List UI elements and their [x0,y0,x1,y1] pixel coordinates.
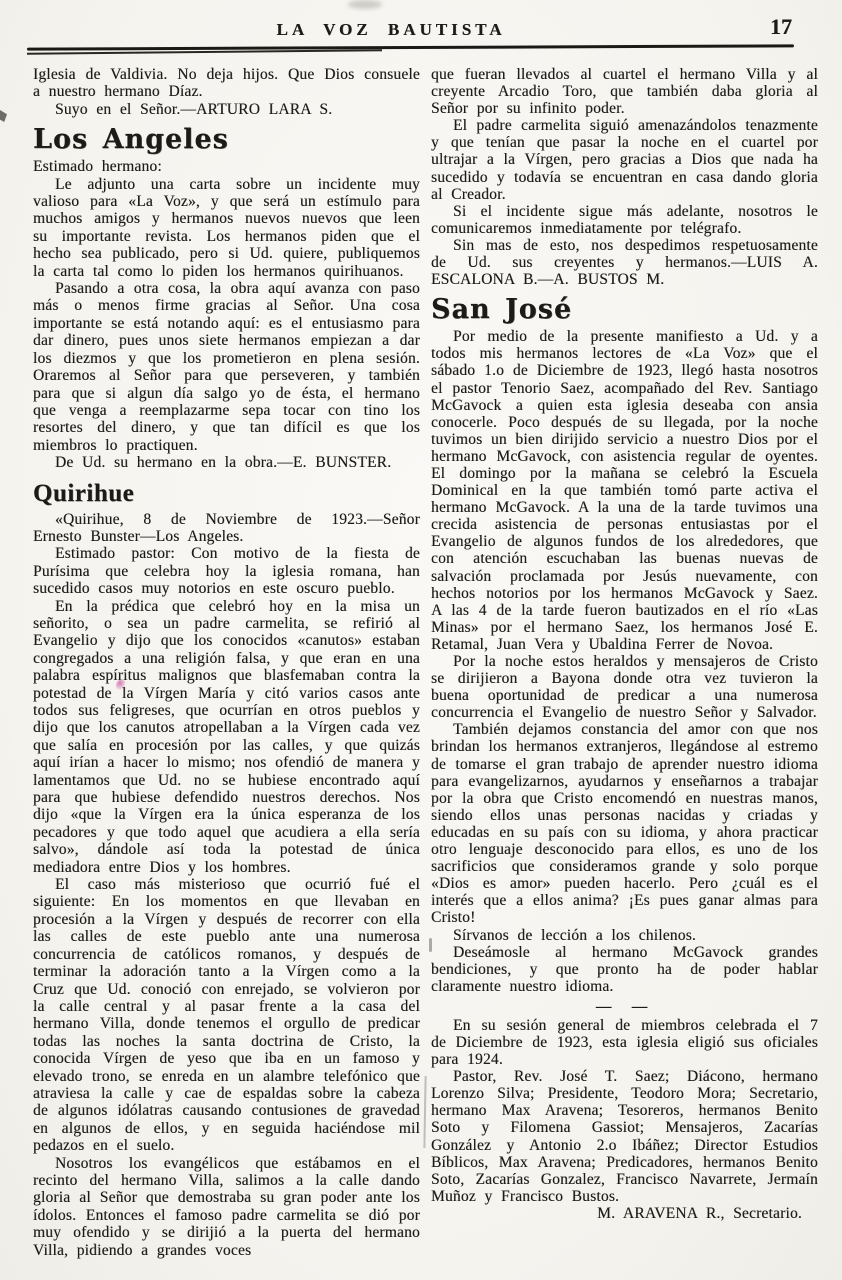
paragraph: En su sesión general de miembros celebra… [431,1017,818,1068]
paragraph: que fueran llevados al cuartel el herman… [431,66,818,117]
section-heading: Los Angeles [33,125,420,155]
scan-edge-mark [0,110,7,122]
right-column: que fueran llevados al cuartel el herman… [431,66,818,1280]
paragraph: Nosotros los evangélicos que estábamos e… [33,1155,420,1259]
paragraph: Si el incidente sigue más adelante, noso… [431,203,818,237]
left-column: Iglesia de Valdivia. No deja hijos. Que … [33,66,420,1280]
paragraph: Iglesia de Valdivia. No deja hijos. Que … [33,66,420,101]
paragraph: También dejamos constancia del amor con … [431,721,818,926]
paragraph: «Quirihue, 8 de Noviembre de 1923.—Señor… [33,511,420,546]
paragraph: Estimado hermano: [33,158,420,175]
signature-line: M. ARAVENA R., Secretario. [431,1205,818,1222]
paragraph: Por la noche estos heraldos y mensajeros… [431,653,818,721]
paragraph: Sírvanos de lección a los chilenos. [431,927,818,944]
paragraph: Por medio de la presente manifiesto a Ud… [431,328,818,653]
section-heading: Quirihue [33,480,420,508]
scanned-magazine-page: LA VOZ BAUTISTA 17 Iglesia de Valdivia. … [0,0,842,1280]
scan-smudge [348,0,382,9]
page-title: LA VOZ BAUTISTA [0,20,782,40]
scan-gutter-tick [429,938,432,952]
paragraph: Le adjunto una carta sobre un incidente … [33,176,420,280]
paragraph: De Ud. su hermano en la obra.—E. BUNSTER… [33,454,420,471]
paragraph: Pasando a otra cosa, la obra aquí avanza… [33,280,420,454]
paragraph: Pastor, Rev. José T. Saez; Diácono, herm… [431,1068,818,1205]
header-rule [27,44,794,50]
paragraph: El padre carmelita siguió amenazándolos … [431,117,818,202]
section-divider: — — [431,998,818,1015]
section-heading: San José [431,295,818,325]
paragraph: Estimado pastor: Con motivo de la fiesta… [33,545,420,597]
paragraph: Suyo en el Señor.—ARTURO LARA S. [33,101,420,118]
paragraph: Sin mas de esto, nos despedimos respetuo… [431,237,818,288]
paragraph: En la prédica que celebró hoy en la misa… [33,598,420,877]
page-number: 17 [770,14,792,40]
paragraph: Deseámosle al hermano McGavock grandes b… [431,944,818,995]
paragraph: El caso más misterioso que ocurrió fué e… [33,876,420,1155]
